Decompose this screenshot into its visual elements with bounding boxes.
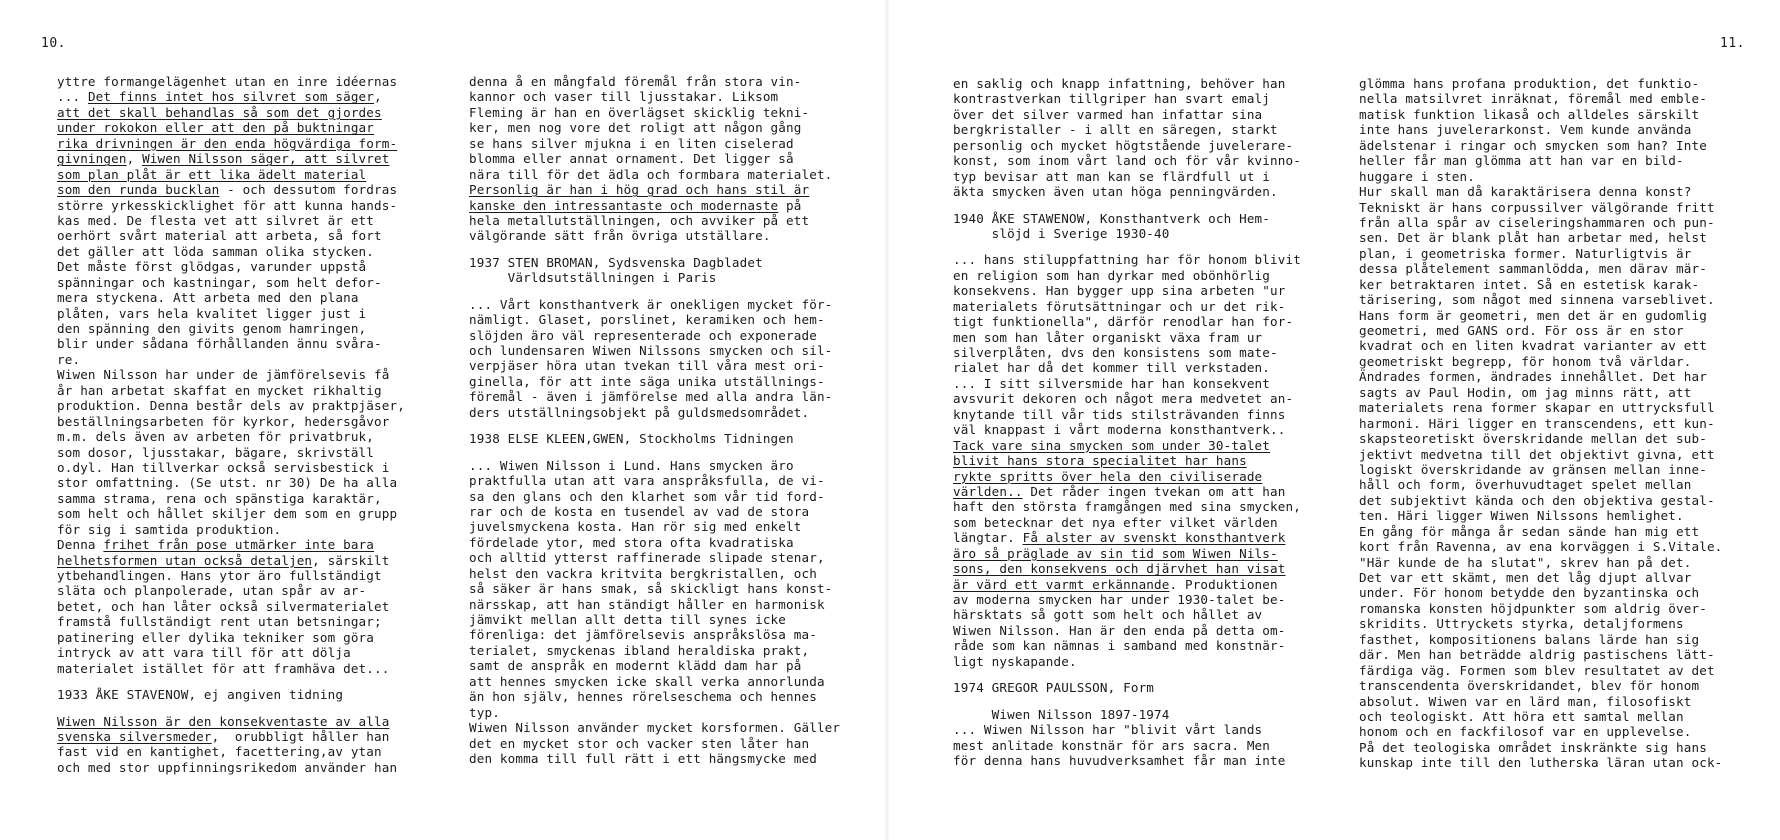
text-line: håll och form, överhuvudtaget spelet mel…	[1359, 477, 1759, 492]
text-line: ... Wiwen Nilsson i Lund. Hans smycken ä…	[469, 458, 869, 473]
paragraph-gap	[953, 696, 1353, 707]
text-line: ker, men nog vore det roligt att någon g…	[469, 120, 869, 135]
text-line: ytbehandlingen. Hans ytor äro fullständi…	[57, 568, 457, 583]
text-line: fasthet, kompositionens balans lärde han…	[1359, 632, 1759, 647]
page-number: 11.	[1720, 36, 1745, 51]
text-line: kanske den intressantaste och modernaste…	[469, 198, 869, 213]
text-line: knytande till vår tids stilsträvanden fi…	[953, 407, 1353, 422]
underlined-quote: helhetsformen utan också detaljen	[57, 553, 312, 568]
text-line: plan, i geometriska former. Naturligtvis…	[1359, 246, 1759, 261]
text-line: ... I sitt silversmide har han konsekven…	[953, 376, 1353, 391]
text-line: en saklig och knapp infattning, behöver …	[953, 76, 1353, 91]
text-line: kunskap inte till den lutherska läran ut…	[1359, 755, 1759, 770]
underlined-quote: Det finns intet hos silvret som säger	[88, 89, 374, 104]
text-line: härsktats så gott som helt och hållet av	[953, 607, 1353, 622]
text-line: och alltid ytterst raffinerade slipade s…	[469, 550, 869, 565]
text-line: en religion som han dyrkar med obönhörli…	[953, 268, 1353, 283]
text-line: för sig i samtida produktion.	[57, 522, 457, 537]
underlined-quote: givningen	[57, 151, 127, 166]
text-line: En gång för många år sedan sände han mig…	[1359, 524, 1759, 539]
text-line: nära till för det ädla och formbara mate…	[469, 167, 869, 182]
text-line: blivit hans stora specialitet har hans	[953, 453, 1353, 468]
text-line: Wiwen Nilsson är den konsekventaste av a…	[57, 714, 457, 729]
text-line: spänningar och kastningar, som helt defo…	[57, 275, 457, 290]
text-line: slöjden äro väl representerade och expon…	[469, 328, 869, 343]
text-line: betet, och han låter också silvermateria…	[57, 599, 457, 614]
text-line: Ändrades formen, ändrades innehållet. De…	[1359, 369, 1759, 384]
citation-heading: slöjd i Sverige 1930-40	[953, 226, 1353, 241]
text-line: ders utställningsobjekt på guldsmedsområ…	[469, 405, 869, 420]
text-line: matisk funktion likaså och alldeles särs…	[1359, 107, 1759, 122]
text-line: inte hans juvelerarkonst. Vem kunde anvä…	[1359, 122, 1759, 137]
text-run: - och dessutom fordras	[219, 182, 397, 197]
text-line: rika drivningen är den enda högvärdiga f…	[57, 136, 457, 151]
text-line: mest anlitade konstnär för ars sacra. Me…	[953, 738, 1353, 753]
text-line: geometriskt begrepp, för honom två värld…	[1359, 354, 1759, 369]
underlined-quote: Wiwen Nilsson säger, att silvret	[142, 151, 389, 166]
citation-heading: Världsutställningen i Paris	[469, 270, 869, 285]
paragraph-gap	[953, 241, 1353, 252]
text-line: mera styckena. Att arbeta med den plana	[57, 290, 457, 305]
text-line: sagts av Paul Hodin, om jag minns rätt, …	[1359, 385, 1759, 400]
underlined-quote: Tack vare sina smycken som under 30-tale…	[953, 438, 1270, 453]
text-line: tigt funktionella", därför renodlar han …	[953, 314, 1353, 329]
text-line: ... hans stiluppfattning har för honom b…	[953, 252, 1353, 267]
underlined-quote: Wiwen Nilsson är den konsekventaste av a…	[57, 714, 389, 729]
text-run: längtar.	[953, 530, 1023, 545]
text-line: för denna hans huvudverksamhet får man i…	[953, 753, 1353, 768]
text-line: ligt nyskapande.	[953, 654, 1353, 669]
text-line: färdiga väg. Formen som blev resultatet …	[1359, 663, 1759, 678]
citation-heading: 1940 ÅKE STAWENOW, Konsthantverk och Hem…	[953, 211, 1353, 226]
text-column-2: denna å en mångfald föremål från stora v…	[469, 74, 869, 766]
paragraph-gap	[953, 200, 1353, 211]
text-line: avsvurit dekoren och något mera medvetet…	[953, 391, 1353, 406]
text-line: blomma eller annat ornament. Det ligger …	[469, 151, 869, 166]
underlined-quote: kanske den intressantaste och modernaste	[469, 198, 778, 213]
text-line: materialets rena former skapar en uttryc…	[1359, 400, 1759, 415]
text-line: stor omfattning. (Se utst. nr 30) De ha …	[57, 475, 457, 490]
paragraph-gap	[469, 244, 869, 255]
citation-heading: Wiwen Nilsson 1897-1974	[953, 707, 1353, 722]
text-line: den komma till full rätt i ett hängsmyck…	[469, 751, 869, 766]
text-line: Det måste först glödgas, varunder uppstå	[57, 259, 457, 274]
text-line: som den runda bucklan - och dessutom for…	[57, 182, 457, 197]
text-line: sons, den konsekvens och djärvhet han vi…	[953, 561, 1353, 576]
text-line: "Här kunde de ha slutat", skrev han på d…	[1359, 555, 1759, 570]
text-line: större yrkesskicklighet för att kunna ha…	[57, 198, 457, 213]
text-column-1: yttre formangelägenhet utan en inre idée…	[57, 74, 457, 775]
text-run: Det råder ingen tvekan om att han	[1023, 484, 1286, 499]
text-line: år han arbetat skaffat en mycket rikhalt…	[57, 383, 457, 398]
text-line: Personlig är han i hög grad och hans sti…	[469, 182, 869, 197]
text-line: intryck av att vara till för att dölja	[57, 645, 457, 660]
underlined-quote: blivit hans stora specialitet har hans	[953, 453, 1247, 468]
text-line: o.dyl. Han tillverkar också servisbestic…	[57, 460, 457, 475]
text-line: det en mycket stor och vacker sten låter…	[469, 736, 869, 751]
text-line: äkta smycken även utan höga penningvärde…	[953, 184, 1353, 199]
text-line: plåten, vars hela kvalitet ligger just i	[57, 306, 457, 321]
text-line: jektivt medvetna till det objektivt givn…	[1359, 447, 1759, 462]
text-line: av moderna smycken har under 1930-talet …	[953, 592, 1353, 607]
text-line: men som han låter organiskt växa fram ur	[953, 330, 1353, 345]
text-line: haft den största framgången med sina smy…	[953, 499, 1353, 514]
text-line: terialet, smyckenas ibland heraldiska pr…	[469, 643, 869, 658]
text-run: , orubbligt håller han	[212, 729, 390, 744]
text-line: ten. Häri ligger Wiwen Nilssons hemlighe…	[1359, 508, 1759, 523]
text-line: På det teologiska området inskränkte sig…	[1359, 740, 1759, 755]
text-line: ... Vårt konsthantverk är onekligen myck…	[469, 297, 869, 312]
citation-heading: 1938 ELSE KLEEN,GWEN, Stockholms Tidning…	[469, 431, 869, 446]
text-line: släta och planpolerade, utan spår av ar-	[57, 583, 457, 598]
text-line: ginella, för att inte säga unika utställ…	[469, 374, 869, 389]
text-line: nella matsilvret inräknat, föremål med e…	[1359, 91, 1759, 106]
text-line: Hans form är geometri, men det är en gud…	[1359, 308, 1759, 323]
text-line: det gäller att löda samman olika stycken…	[57, 244, 457, 259]
text-line: Denna frihet från pose utmärker inte bar…	[57, 537, 457, 552]
text-run: ,	[374, 89, 382, 104]
text-line: denna å en mångfald föremål från stora v…	[469, 74, 869, 89]
text-line: nämligt. Glaset, porslinet, keramiken oc…	[469, 312, 869, 327]
underlined-quote: äro så präglade av sin tid som Wiwen Nil…	[953, 546, 1278, 561]
text-line: fast vid en kantighet, facettering,av yt…	[57, 744, 457, 759]
text-line: och teologiskt. Att höra ett samtal mell…	[1359, 709, 1759, 724]
underlined-quote: svenska silversmeder	[57, 729, 212, 744]
text-line: än hon själv, hennes rörelseschema och h…	[469, 689, 869, 704]
text-line: konsekvens. Han bygger upp sina arbeten …	[953, 283, 1353, 298]
text-line: blir under sådana förhållanden ännu svår…	[57, 336, 457, 351]
text-line: yttre formangelägenhet utan en inre idée…	[57, 74, 457, 89]
text-line: ... Wiwen Nilsson har "blivit vårt lands	[953, 722, 1353, 737]
citation-heading: 1974 GREGOR PAULSSON, Form	[953, 680, 1353, 695]
text-line: materialets förutsättningar och ur det r…	[953, 299, 1353, 314]
underlined-quote: rykte spritts över hela den civiliserade	[953, 469, 1262, 484]
text-line: är värd ett varmt erkännande. Produktion…	[953, 577, 1353, 592]
text-line: att det skall behandlas så som det gjord…	[57, 105, 457, 120]
paragraph-gap	[469, 286, 869, 297]
text-line: givningen, Wiwen Nilsson säger, att silv…	[57, 151, 457, 166]
text-line: väl knappast i vårt moderna konsthantver…	[953, 422, 1353, 437]
text-line: romanska konsten höjdpunkter som aldrig …	[1359, 601, 1759, 616]
text-line: kannor och vaser till ljusstakar. Liksom	[469, 89, 869, 104]
right-page: 11. en saklig och knapp infattning, behö…	[888, 0, 1780, 840]
text-line: Tack vare sina smycken som under 30-tale…	[953, 438, 1353, 453]
text-line: juvelsmyckena kosta. Han rör sig med enk…	[469, 519, 869, 534]
text-line: konst, som inom vårt land och för vår kv…	[953, 153, 1353, 168]
underlined-quote: frihet från pose utmärker inte bara	[103, 537, 374, 552]
underlined-quote: under rokokon eller att den på buktninga…	[57, 120, 374, 135]
text-line: tärisering, som något med sinnena varseb…	[1359, 292, 1759, 307]
text-line: samma strama, rena och spänstiga karaktä…	[57, 491, 457, 506]
paragraph-gap	[57, 703, 457, 714]
text-line: verpjäser höra utan tvekan till våra mes…	[469, 358, 869, 373]
text-line: oerhört svårt material att arbeta, så fo…	[57, 228, 457, 243]
text-line: personlig och mycket högtstående juveler…	[953, 138, 1353, 153]
text-line: den spänning den givits genom hamringen,	[57, 321, 457, 336]
text-line: från alla spår av ciseleringshammaren oc…	[1359, 215, 1759, 230]
text-line: kvadrat och en liten kvadrat varianter a…	[1359, 338, 1759, 353]
paragraph-gap	[469, 447, 869, 458]
citation-heading: 1937 STEN BROMAN, Sydsvenska Dagbladet	[469, 255, 869, 270]
underlined-quote: som den runda bucklan	[57, 182, 219, 197]
text-line: som plan plåt är ett lika ädelt material	[57, 167, 457, 182]
text-run: ...	[57, 89, 88, 104]
text-run: . Produktionen	[1170, 577, 1278, 592]
text-line: som betecknar det nya efter vilket värld…	[953, 515, 1353, 530]
text-line: produktion. Denna består dels av praktpj…	[57, 398, 457, 413]
text-line: kontrastverkan tillgriper han svart emal…	[953, 91, 1353, 106]
text-line: bergkristaller - i allt en säregen, star…	[953, 122, 1353, 137]
text-line: världen.. Det råder ingen tvekan om att …	[953, 484, 1353, 499]
text-line: glömma hans profana produktion, det funk…	[1359, 76, 1759, 91]
text-line: honom och en fackfilosof var en upplevel…	[1359, 724, 1759, 739]
text-column-4: glömma hans profana produktion, det funk…	[1359, 76, 1759, 771]
text-line: över det silver varmed han infattar sina	[953, 107, 1353, 122]
text-line: heller får man glömma att han var en bil…	[1359, 153, 1759, 168]
text-line: under rokokon eller att den på buktninga…	[57, 120, 457, 135]
text-line: rykte spritts över hela den civiliserade	[953, 469, 1353, 484]
text-line: dessa plåtelement sammanlödda, men därav…	[1359, 261, 1759, 276]
text-line: äro så präglade av sin tid som Wiwen Nil…	[953, 546, 1353, 561]
text-run: ,	[127, 151, 142, 166]
text-line: som helt och hållet skiljer dem som en g…	[57, 506, 457, 521]
text-line: välgörande sätt från övriga utställare.	[469, 228, 869, 243]
text-column-3: en saklig och knapp infattning, behöver …	[953, 76, 1353, 768]
text-line: typ.	[469, 705, 869, 720]
text-line: ker betraktaren intet. Så en estetisk ka…	[1359, 277, 1759, 292]
text-line: materialet istället för att framhäva det…	[57, 661, 457, 676]
text-line: geometri, med GANS ord. För oss är en st…	[1359, 323, 1759, 338]
text-line: absolut. Wiwen var en lärd man, filosofi…	[1359, 694, 1759, 709]
text-line: helst den vackra kritvita bergkristallen…	[469, 566, 869, 581]
underlined-quote: Få alster av svenskt konsthantverk	[1023, 530, 1286, 545]
text-line: Hur skall man då karaktärisera denna kon…	[1359, 184, 1759, 199]
text-line: Tekniskt är hans corpussilver välgörande…	[1359, 200, 1759, 215]
left-page: 10. yttre formangelägenhet utan en inre …	[0, 0, 888, 840]
text-line: som dosor, ljusstakar, bägare, skrivstäl…	[57, 445, 457, 460]
text-line: sen. Det är blank plåt han arbetar med, …	[1359, 230, 1759, 245]
text-run: , särskilt	[312, 553, 389, 568]
text-line: föremål - även i jämförelse med alla and…	[469, 389, 869, 404]
text-line: under. För honom betydde den byzantinska…	[1359, 585, 1759, 600]
underlined-quote: är värd ett varmt erkännande	[953, 577, 1170, 592]
text-line: det subjektivt kända och den objektiva g…	[1359, 493, 1759, 508]
text-line: praktfulla utan att vara anspråksfulla, …	[469, 473, 869, 488]
text-line: huggare i sten.	[1359, 169, 1759, 184]
text-line: fördelade ytor, med stora ofta kvadratis…	[469, 535, 869, 550]
text-line: svenska silversmeder, orubbligt håller h…	[57, 729, 457, 744]
text-line: skapsteoretiskt överskridande mellan det…	[1359, 431, 1759, 446]
underlined-quote: som plan plåt är ett lika ädelt material	[57, 167, 366, 182]
text-line: se hans silver mjukna i en liten ciseler…	[469, 136, 869, 151]
text-line: patinering eller dylika tekniker som gör…	[57, 630, 457, 645]
text-line: jämvikt mellan allt detta till synes ick…	[469, 612, 869, 627]
text-line: Wiwen Nilsson. Han är den enda på detta …	[953, 623, 1353, 638]
underlined-quote: världen..	[953, 484, 1023, 499]
paragraph-gap	[469, 420, 869, 431]
underlined-quote: rika drivningen är den enda högvärdiga f…	[57, 136, 397, 151]
underlined-quote: att det skall behandlas så som det gjord…	[57, 105, 382, 120]
text-line: närsskap, att han ständigt håller en har…	[469, 597, 869, 612]
text-line: transcendenta överskridandet, blev för h…	[1359, 678, 1759, 693]
text-line: Wiwen Nilsson har under de jämförelsevis…	[57, 367, 457, 382]
text-line: beställningsarbeten för kyrkor, hedersgå…	[57, 414, 457, 429]
text-line: kort från Ravenna, av ena korväggen i S.…	[1359, 539, 1759, 554]
citation-heading: 1933 ÅKE STAVENOW, ej angiven tidning	[57, 687, 457, 702]
text-line: Wiwen Nilsson använder mycket korsformen…	[469, 720, 869, 735]
underlined-quote: sons, den konsekvens och djärvhet han vi…	[953, 561, 1285, 576]
page-number: 10.	[41, 36, 66, 51]
text-line: längtar. Få alster av svenskt konsthantv…	[953, 530, 1353, 545]
text-line: Fleming är han en överlägset skicklig te…	[469, 105, 869, 120]
text-line: silverplåten, dvs den konsistens som mat…	[953, 345, 1353, 360]
text-line: m.m. dels även av arbeten för privatbruk…	[57, 429, 457, 444]
text-line: samt de anspråk en modernt klädd dam har…	[469, 658, 869, 673]
text-line: rar och de kosta en tusendel av vad de s…	[469, 504, 869, 519]
text-line: re.	[57, 352, 457, 367]
text-run: Denna	[57, 537, 103, 552]
text-line: logiskt överskridande av gränsen mellan …	[1359, 462, 1759, 477]
text-line: och lundensaren Wiwen Nilssons smycken o…	[469, 343, 869, 358]
text-line: där. Men han beträdde aldrig pastischens…	[1359, 647, 1759, 662]
paragraph-gap	[57, 676, 457, 687]
text-line: skridits. Uttryckets styrka, detaljforme…	[1359, 616, 1759, 631]
text-line: så säker är hans smak, så skickligt hans…	[469, 581, 869, 596]
paragraph-gap	[953, 669, 1353, 680]
text-line: och med stor uppfinningsrikedom använder…	[57, 760, 457, 775]
text-line: sa den glans och den klarhet som vår tid…	[469, 489, 869, 504]
text-line: ... Det finns intet hos silvret som säge…	[57, 89, 457, 104]
text-line: Det var ett skämt, men det låg djupt all…	[1359, 570, 1759, 585]
text-line: harmoni. Häri ligger en transcendens, et…	[1359, 416, 1759, 431]
text-line: helhetsformen utan också detaljen, särsk…	[57, 553, 457, 568]
text-line: ädelstenar i ringar och smycken som han?…	[1359, 138, 1759, 153]
text-line: råde som kan nämnas i samband med konstn…	[953, 638, 1353, 653]
text-line: förenliga: det jämförelsevis anspråkslös…	[469, 627, 869, 642]
text-line: kas med. De flesta vet att silvret är et…	[57, 213, 457, 228]
text-line: rialet har då det kommer till verkstaden…	[953, 360, 1353, 375]
underlined-quote: Personlig är han i hög grad och hans sti…	[469, 182, 809, 197]
text-line: framstå fullständigt rent utan betsninga…	[57, 614, 457, 629]
text-run: på	[778, 198, 801, 213]
text-line: typ bevisar att man kan se flärdfull ut …	[953, 169, 1353, 184]
text-line: hela metallutställningen, och avviker på…	[469, 213, 869, 228]
text-line: att hennes smycken icke skall verka anno…	[469, 674, 869, 689]
